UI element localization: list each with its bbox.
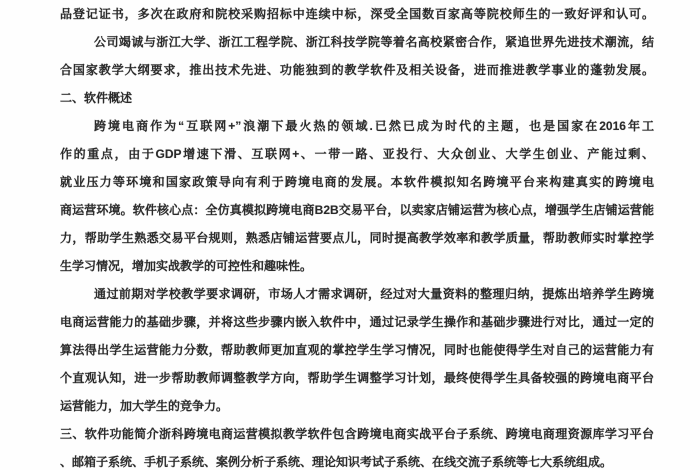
- text-line: 跨境电商作为“互联网+”浪潮下最火热的领域.已然已成为时代的主题，也是国家在20…: [60, 112, 654, 140]
- text-line: 力，帮助学生熟悉交易平台规则，熟悉店铺运营要点儿，同时提高教学效率和教学质量，帮…: [60, 224, 654, 252]
- text-line: 运营能力，加大学生的竞争力。: [60, 392, 654, 420]
- text-line: 二、软件概述: [60, 84, 654, 112]
- text-line: 、邮箱子系统、手机子系统、案例分析子系统、理论知识考试子系统、在线交流子系统等七…: [60, 448, 654, 470]
- text-line: 就业压力等环境和国家政策导向有利于跨境电商的发展。本软件模拟知名跨境平台来构建真…: [60, 168, 654, 196]
- text-line: 品登记证书，多次在政府和院校采购招标中连续中标，深受全国数百家高等院校师生的一致…: [60, 0, 654, 28]
- text-line: 合国家教学大纲要求，推出技术先进、功能独到的教学软件及相关设备，进而推进教学事业…: [60, 56, 654, 84]
- document-page: 品登记证书，多次在政府和院校采购招标中连续中标，深受全国数百家高等院校师生的一致…: [0, 0, 700, 470]
- text-line: 电商运营能力的基础步骤，并将这些步骤内嵌入软件中，通过记录学生操作和基础步骤进行…: [60, 308, 654, 336]
- text-line: 生学习情况，增加实战教学的可控性和趣味性。: [60, 252, 654, 280]
- text-line: 作的重点，由于GDP增速下滑、互联网+、一带一路、亚投行、大众创业、大学生创业、…: [60, 140, 654, 168]
- text-line: 算法得出学生运营能力分数，帮助教师更加直观的掌控学生学习情况，同时也能使得学生对…: [60, 336, 654, 364]
- text-line: 商运营环境。软件核心点：全仿真模拟跨境电商B2B交易平台，以卖家店铺运营为核心点…: [60, 196, 654, 224]
- document-body: 品登记证书，多次在政府和院校采购招标中连续中标，深受全国数百家高等院校师生的一致…: [0, 0, 700, 470]
- text-line: 三、软件功能简介浙科跨境电商运营模拟教学软件包含跨境电商实战平台子系统、跨境电商…: [60, 420, 654, 448]
- text-line: 公司竭诚与浙江大学、浙江工程学院、浙江科技学院等着名高校紧密合作，紧追世界先进技…: [60, 28, 654, 56]
- text-line: 通过前期对学校教学要求调研，市场人才需求调研，经过对大量资料的整理归纳，提炼出培…: [60, 280, 654, 308]
- text-line: 个直观认知，进一步帮助教师调整教学方向，帮助学生调整学习计划，最终使得学生具备较…: [60, 364, 654, 392]
